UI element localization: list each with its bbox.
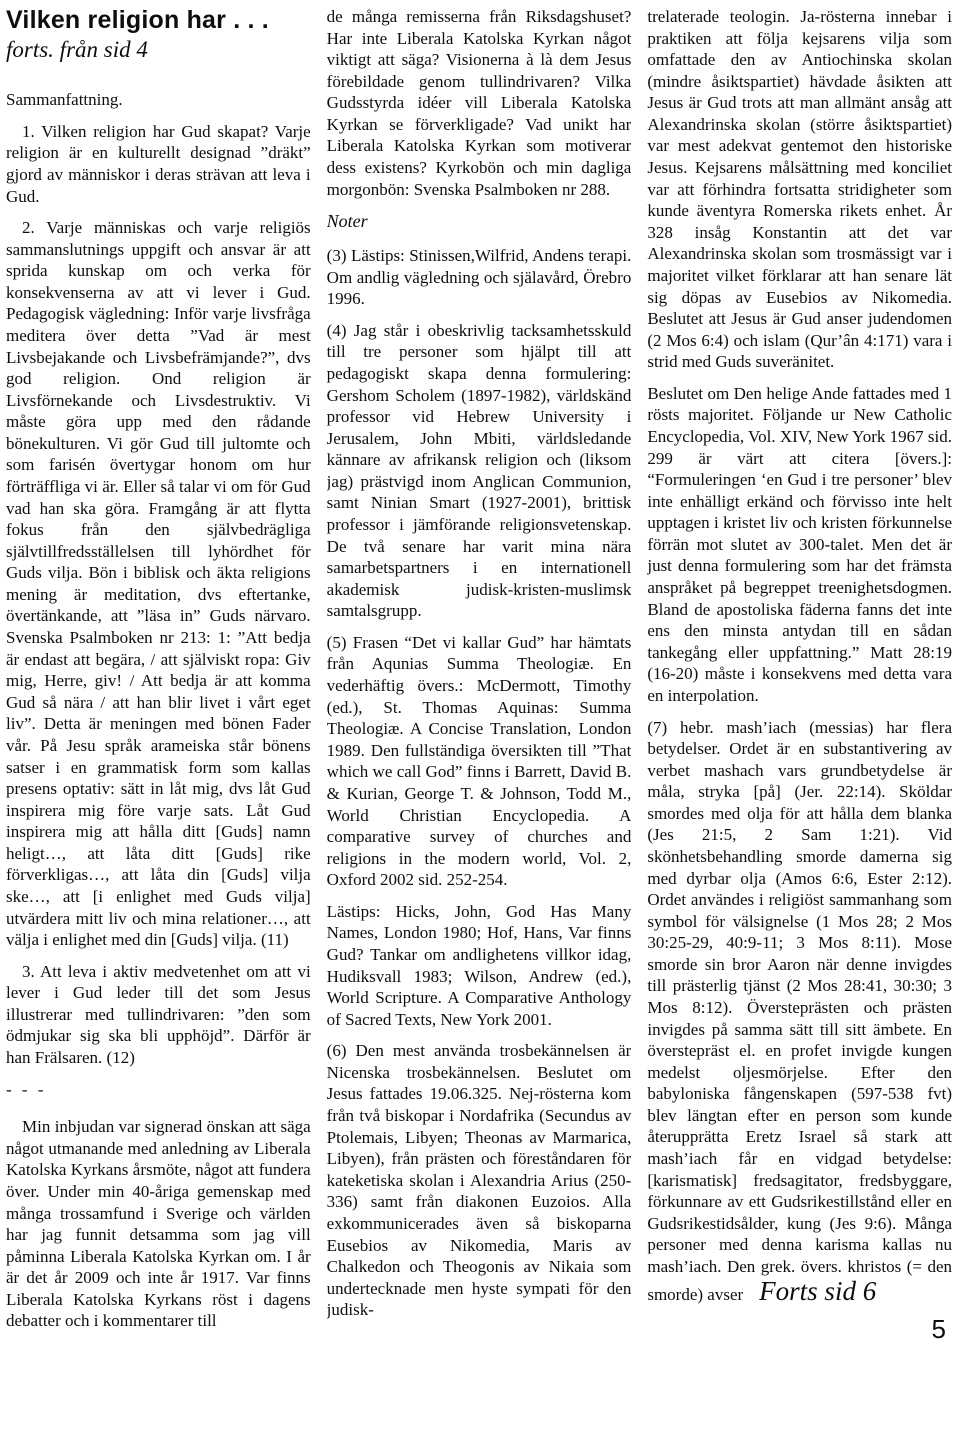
section-divider: - - - [6,1079,311,1101]
paragraph-invitation: Min inbjudan var signerad önskan att säg… [6,1116,311,1332]
paragraph-item-2: 2. Varje människas och varje religiös sa… [6,217,311,951]
article-title: Vilken religion har . . . [6,6,311,35]
note-7-text: (7) hebr. mash’iach (messias) har flera … [647,718,952,1304]
note-6: (6) Den mest använda trosbekännelsen är … [327,1040,632,1321]
note-7: (7) hebr. mash’iach (messias) har flera … [647,717,952,1306]
note-5: (5) Frasen “Det vi kallar Gud” har hämta… [327,632,632,891]
page-number: 5 [647,1315,952,1344]
summary-heading: Sammanfattning. [6,89,311,111]
note-6-holy-spirit: Beslutet om Den helige Ande fattades med… [647,383,952,707]
note-6-continuation: trelaterade teologin. Ja-rösterna inneba… [647,6,952,373]
document-page: Vilken religion har . . . forts. från si… [0,0,960,1444]
continuation-note: Forts sid 6 [759,1276,876,1306]
paragraph-item-1: 1. Vilken religion har Gud skapat? Varje… [6,121,311,207]
note-3: (3) Lästips: Stinissen,Wilfrid, Andens t… [327,245,632,310]
paragraph-continuation: de många remisserna från Riksdagshuset? … [327,6,632,200]
paragraph-item-3: 3. Att leva i aktiv medvetenhet om att v… [6,961,311,1069]
note-4: (4) Jag står i obeskrivlig tacksamhetssk… [327,320,632,622]
continuation-from-note: forts. från sid 4 [6,37,311,63]
note-reading-tips: Lästips: Hicks, John, God Has Many Names… [327,901,632,1030]
column-2: de många remisserna från Riksdagshuset? … [327,6,632,1444]
column-1: Vilken religion har . . . forts. från si… [6,6,311,1444]
notes-heading: Noter [327,210,632,233]
column-3: trelaterade teologin. Ja-rösterna inneba… [647,6,952,1444]
